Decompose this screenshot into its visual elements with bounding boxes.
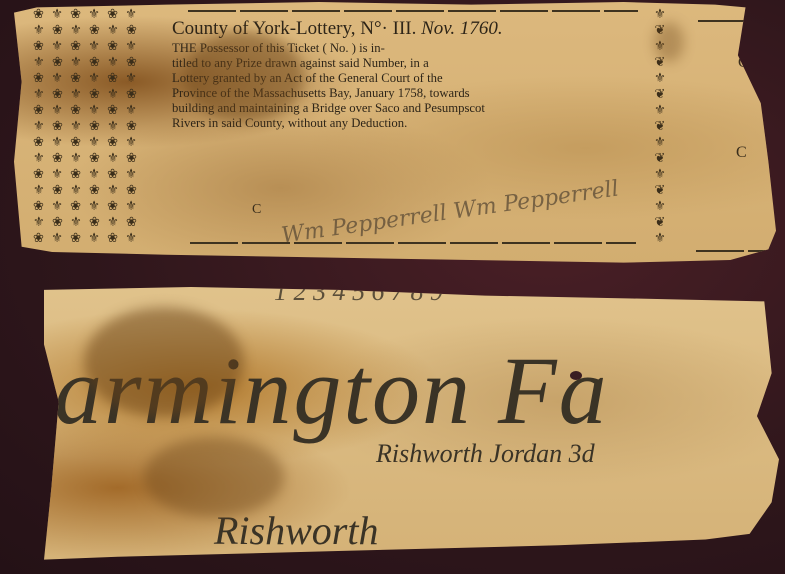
ornamental-border-left: ❀ ⚜ ❀ ⚜ ❀ ⚜⚜ ❀ ⚜ ❀ ⚜ ❀❀ ⚜ ❀ ⚜ ❀ ⚜⚜ ❀ ⚜ ❀… (22, 6, 150, 256)
ticket-title-text: County of York-Lottery, N°· III. (172, 18, 416, 39)
lottery-ticket-fragment: ❀ ⚜ ❀ ⚜ ❀ ⚜⚜ ❀ ⚜ ❀ ⚜ ❀❀ ⚜ ❀ ⚜ ❀ ⚜⚜ ❀ ⚜ ❀… (14, 2, 776, 268)
ticket-date: Nov. 1760. (421, 18, 502, 39)
signature: Wm Pepperrell Wm Pepperrell (280, 176, 620, 248)
series-letter-left: C (252, 202, 261, 218)
stain (184, 32, 304, 122)
hole (570, 371, 582, 380)
stain (654, 22, 684, 62)
stain (84, 307, 244, 417)
stain (144, 437, 284, 517)
bottom-rule (190, 242, 636, 244)
signature-rishworth-jordan: Rishworth Jordan 3d (376, 439, 595, 469)
bottom-rule-right (696, 250, 766, 252)
manuscript-fragment: 1 2 3 4 5 6 7 8 9 armington Fa Rishworth… (44, 287, 779, 574)
series-letter-right-lower: C (736, 144, 747, 162)
top-rule (188, 10, 638, 12)
